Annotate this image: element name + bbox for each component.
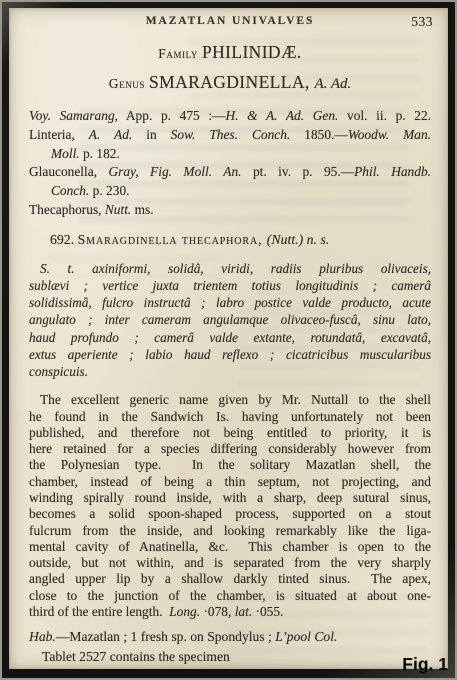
text-segment: A. Ad. xyxy=(314,76,351,92)
text-segment: L’pool Col. xyxy=(275,629,337,644)
text-segment: —Mazatlan ; 1 fresh sp. on Spondylus ; xyxy=(56,629,275,644)
text-line: winding spirally round inside, with a sh… xyxy=(29,490,431,506)
text-line: extus aperiente ; labio haud reflexo ; c… xyxy=(29,346,431,363)
text-line: conspicuis. xyxy=(29,363,431,380)
page-number: 533 xyxy=(411,14,433,30)
text-segment: solidissimâ, fulcro instructâ ; labro po… xyxy=(29,295,431,310)
text-line: chamber, instead of being a thin septum,… xyxy=(29,474,431,490)
text-segment: third of the entire length. xyxy=(29,604,169,619)
text-segment: lat. xyxy=(235,604,252,619)
text-line: The excellent generic name given by Mr. … xyxy=(29,392,431,408)
text-segment: 1850.— xyxy=(290,127,348,142)
text-segment: Moll. xyxy=(51,146,80,161)
text-segment: in xyxy=(132,127,170,142)
text-line: Moll. p. 182. xyxy=(29,145,431,164)
text-line: the Polynesian type. In the solitary Maz… xyxy=(29,457,431,473)
text-segment: , App. p. 475 :— xyxy=(115,108,226,123)
text-line: he found in the Sandwich Is. having unfo… xyxy=(29,409,431,425)
text-segment: Genus xyxy=(109,76,149,91)
text-segment: ·078, xyxy=(200,604,235,619)
text-segment: Glauconella, xyxy=(29,164,108,179)
text-segment: pt. iv. p. 95.— xyxy=(242,164,355,179)
text-line: Voy. Samarang, App. p. 475 :—H. & A. Ad.… xyxy=(29,107,431,126)
text-line: Linteria, A. Ad. in Sow. Thes. Conch. 18… xyxy=(29,126,431,145)
text-segment: Phil. Handb. xyxy=(354,164,431,179)
text-segment: extus aperiente ; labio haud reflexo ; c… xyxy=(29,347,431,362)
book-page: MAZATLAN UNIVALVES 533 Family PHILINIDÆ.… xyxy=(9,8,448,669)
text-segment: Woodw. Man. xyxy=(348,127,431,142)
text-segment: Thecaphorus, xyxy=(29,202,105,217)
page-header: MAZATLAN UNIVALVES 533 xyxy=(29,15,431,31)
text-segment: Hab. xyxy=(29,629,56,644)
text-segment: here retained for a species differing co… xyxy=(29,441,431,456)
text-segment: Long. xyxy=(169,604,200,619)
text-segment: angled upper lip by a shallow darkly tin… xyxy=(29,571,431,586)
text-line: haud profundo ; camerâ valde extante, ro… xyxy=(29,329,431,346)
text-segment: vol. ii. p. 22. xyxy=(338,108,431,123)
text-segment: H. & A. Ad. Gen. xyxy=(225,108,338,123)
text-segment: conspicuis. xyxy=(29,364,88,379)
text-segment: Conch. xyxy=(51,183,89,198)
text-line: S. t. axiniformi, solidâ, viridi, radiis… xyxy=(29,260,431,277)
text-segment: he found in the Sandwich Is. having unfo… xyxy=(29,409,431,424)
synonymy-list: Voy. Samarang, App. p. 475 :—H. & A. Ad.… xyxy=(29,107,431,220)
text-line: mental cavity of Anatinella, &c. This ch… xyxy=(29,539,431,555)
text-segment: Family xyxy=(158,46,202,61)
text-line: published, and therefore not being entit… xyxy=(29,425,431,441)
text-line: becomes a solid spoon-shaped process, su… xyxy=(29,506,431,522)
tablet-line: Tablet 2527 contains the specimen xyxy=(29,649,431,665)
text-segment: p. 182. xyxy=(80,146,120,161)
text-segment: Sow. Thes. Conch. xyxy=(171,127,291,142)
text-segment: fulcrum from the inside, and looking rem… xyxy=(29,523,431,538)
text-line: close to the junction of the chamber, is… xyxy=(29,588,431,604)
text-segment: Voy. Samarang xyxy=(29,108,115,123)
text-segment: PHILINIDÆ. xyxy=(202,42,302,62)
habitat-line: Hab.—Mazatlan ; 1 fresh sp. on Spondylus… xyxy=(29,629,431,645)
text-segment: 692. xyxy=(50,232,78,247)
text-segment: p. 230. xyxy=(89,183,129,198)
text-line: third of the entire length. Long. ·078, … xyxy=(29,604,431,620)
text-segment: ·055. xyxy=(252,604,283,619)
text-segment: ms. xyxy=(131,202,153,217)
text-line: solidissimâ, fulcro instructâ ; labro po… xyxy=(29,294,431,311)
text-segment: S. t. axiniformi, solidâ, viridi, radiis… xyxy=(40,261,431,276)
text-segment: haud profundo ; camerâ valde extante, ro… xyxy=(29,330,431,345)
family-heading: Family PHILINIDÆ. xyxy=(29,42,431,63)
text-segment: (Nutt.) n. s. xyxy=(267,232,329,247)
text-segment: the Polynesian type. In the solitary Maz… xyxy=(29,457,431,472)
species-heading: 692. Smaragdinella thecaphora, (Nutt.) n… xyxy=(29,232,431,248)
text-segment: mental cavity of Anatinella, &c. This ch… xyxy=(29,539,431,554)
latin-description: S. t. axiniformi, solidâ, viridi, radiis… xyxy=(29,260,431,380)
text-line: Thecaphorus, Nutt. ms. xyxy=(29,201,431,220)
scanned-page-frame: MAZATLAN UNIVALVES 533 Family PHILINIDÆ.… xyxy=(0,0,457,680)
text-segment: outside, but not within, and is separate… xyxy=(29,555,431,570)
text-line: here retained for a species differing co… xyxy=(29,441,431,457)
text-segment: The excellent generic name given by Mr. … xyxy=(40,392,431,407)
text-segment: angulato ; inter cameram angulamque oliv… xyxy=(29,312,431,327)
text-line: sublævi ; vertice juxta trientem totius … xyxy=(29,277,431,294)
text-segment: published, and therefore not being entit… xyxy=(29,425,431,440)
text-segment: A. Ad. xyxy=(89,127,133,142)
text-segment: chamber, instead of being a thin septum,… xyxy=(29,474,431,489)
text-segment: winding spirally round inside, with a sh… xyxy=(29,490,431,505)
text-segment: Linteria, xyxy=(29,127,89,142)
text-line: angulato ; inter cameram angulamque oliv… xyxy=(29,311,431,328)
text-line: fulcrum from the inside, and looking rem… xyxy=(29,523,431,539)
text-segment: close to the junction of the chamber, is… xyxy=(29,588,431,603)
text-segment: becomes a solid spoon-shaped process, su… xyxy=(29,506,431,521)
description-paragraph: The excellent generic name given by Mr. … xyxy=(29,392,431,620)
text-line: angled upper lip by a shallow darkly tin… xyxy=(29,571,431,587)
text-line: Glauconella, Gray, Fig. Moll. An. pt. iv… xyxy=(29,163,431,182)
genus-heading: Genus SMARAGDINELLA, A. Ad. xyxy=(29,72,431,93)
text-segment: Gray, Fig. Moll. An. xyxy=(108,164,241,179)
text-line: Conch. p. 230. xyxy=(29,182,431,201)
figure-label: Fig. 1 xyxy=(402,654,448,675)
text-segment: Nutt. xyxy=(105,202,131,217)
text-segment: Smaragdinella thecaphora, xyxy=(78,232,267,247)
text-line: outside, but not within, and is separate… xyxy=(29,555,431,571)
running-header: MAZATLAN UNIVALVES xyxy=(29,15,431,27)
text-segment: SMARAGDINELLA, xyxy=(149,72,314,92)
text-segment: sublævi ; vertice juxta trientem totius … xyxy=(29,278,431,293)
